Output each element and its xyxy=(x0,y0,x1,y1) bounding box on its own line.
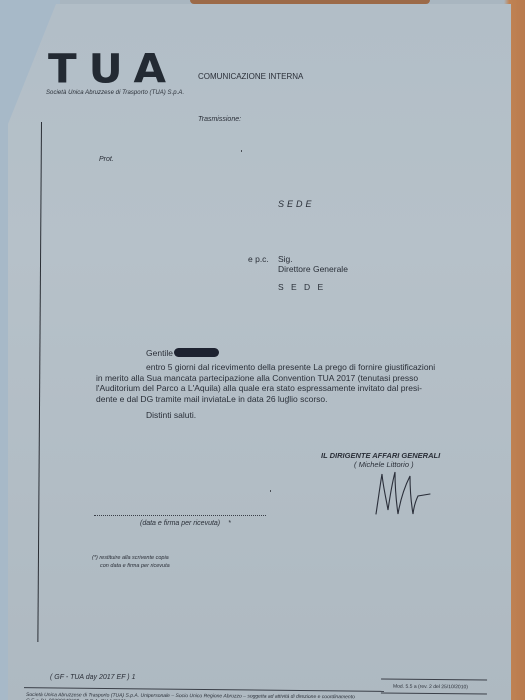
receipt-label: (data e firma per ricevuta) * xyxy=(140,520,231,527)
closing: Distinti saluti. xyxy=(146,410,196,420)
body-line: l'Auditorium del Parco a L'Aquila) alla … xyxy=(96,383,464,394)
footer-rule xyxy=(24,687,384,692)
letter-page: TUA Società Unica Abruzzese di Trasporto… xyxy=(8,4,511,700)
table-edge xyxy=(190,0,430,4)
body-line: dente e dal DG tramite mail inviataLe in… xyxy=(96,394,464,405)
salutation-text: Gentile xyxy=(146,348,173,358)
recipient-sede: SEDE xyxy=(278,199,315,209)
document-reference: ( GF - TUA day 2017 EF ) 1 xyxy=(50,674,135,681)
company-name: Società Unica Abruzzese di Trasporto (TU… xyxy=(46,90,184,96)
signatory-title: IL DIRIGENTE AFFARI GENERALI xyxy=(321,451,440,460)
tua-logo: TUA xyxy=(48,49,178,89)
receipt-signature-line xyxy=(94,515,266,516)
legal-footer: Società Unica Abruzzese di Trasporto (TU… xyxy=(26,692,355,700)
salutation: Gentile xyxy=(146,348,219,358)
note-line: (*) restituire alla scrivente copia xyxy=(92,555,170,563)
receipt-label-text: (data e firma per ricevuta) xyxy=(140,520,220,527)
document-type: COMUNICAZIONE INTERNA xyxy=(198,72,303,81)
paper-speck xyxy=(241,150,242,152)
trasmissione-label: Trasmissione: xyxy=(198,116,241,123)
protocol-label: Prot. xyxy=(99,156,114,163)
redacted-name xyxy=(174,348,219,357)
paper-speck xyxy=(270,490,271,492)
receipt-note: (*) restituire alla scrivente copia con … xyxy=(92,555,170,570)
cc-recipient: Sig. Direttore Generale xyxy=(278,254,348,274)
handwritten-signature xyxy=(368,466,438,518)
cc-label: e p.c. xyxy=(248,254,269,264)
margin-rule xyxy=(37,122,42,642)
model-revision: Mod. 5.5 a (rev. 2 del 25/10/2010) xyxy=(381,679,487,695)
body-line: entro 5 giorni dal ricevimento della pre… xyxy=(96,362,464,373)
paper-speck xyxy=(288,396,289,398)
note-line: con data e firma per ricevuta xyxy=(92,563,170,571)
cc-sede: S E D E xyxy=(278,282,326,292)
receipt-asterisk: * xyxy=(228,520,231,527)
cc-recipient-title: Sig. xyxy=(278,254,348,264)
letter-body: entro 5 giorni dal ricevimento della pre… xyxy=(96,362,464,404)
cc-recipient-role: Direttore Generale xyxy=(278,264,348,274)
body-line: in merito alla Sua mancata partecipazion… xyxy=(96,373,464,384)
